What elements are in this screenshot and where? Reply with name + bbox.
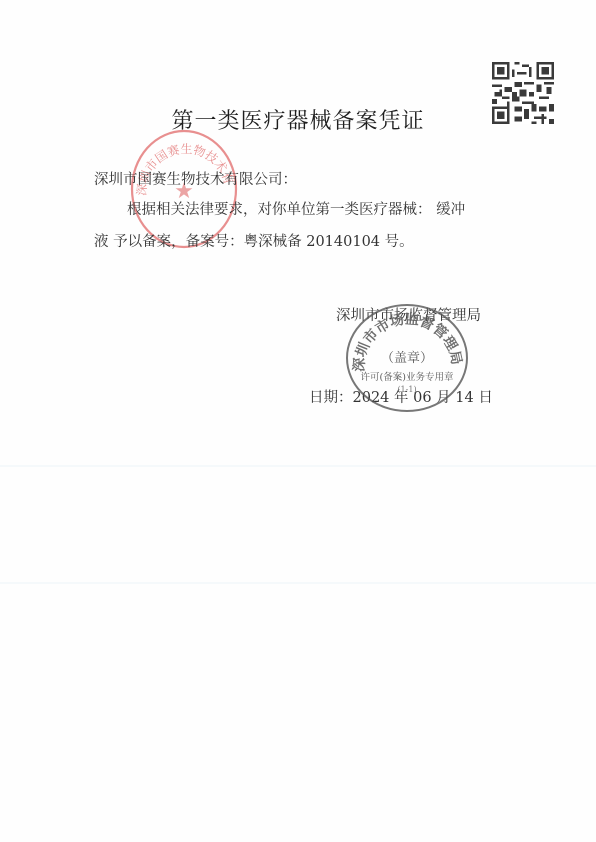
certificate-title: 第一类医疗器械备案凭证 xyxy=(0,104,596,135)
body-text-line-1: 根据相关法律要求，对你单位第一类医疗器械： 缓冲 xyxy=(127,198,465,219)
official-seal-bottom-text: 许可(备案)业务专用章 xyxy=(361,371,454,383)
official-seal-stamp: 深圳市市场监督管理局 （盖章） 许可(备案)业务专用章 (1-1) xyxy=(342,302,472,414)
scan-artifact-line xyxy=(0,465,596,467)
scan-artifact-line xyxy=(0,582,596,584)
addressee-line: 深圳市国赛生物技术有限公司： xyxy=(94,168,297,189)
body-text-line-2: 液 予以备案，备案号：粤深械备 20140104 号。 xyxy=(94,230,414,251)
official-seal-code: (1-1) xyxy=(397,385,416,394)
certificate-page: 深圳市国赛生物技术有限公司 ★ 第一类医疗器械备案凭证 深圳市国赛生物技术有限公… xyxy=(0,0,596,842)
official-seal-center-text: （盖章） xyxy=(381,350,433,366)
